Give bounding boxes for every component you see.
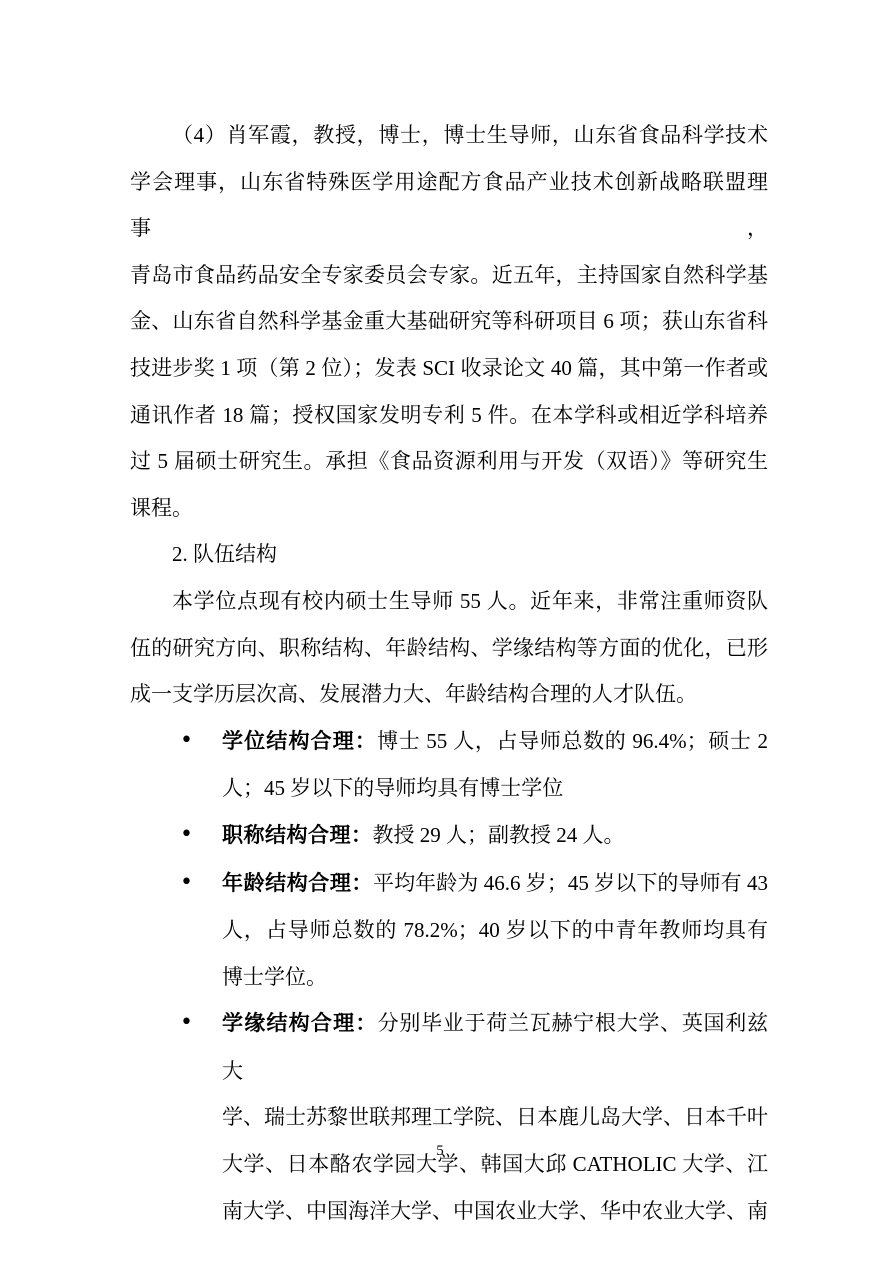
bullet-text: 博士 55 人，占导师总数的 96.4%；硕士 2 <box>377 729 768 753</box>
paragraph-line: 过 5 届硕士研究生。承担《食品资源利用与开发（双语）》等研究生 <box>130 438 768 485</box>
paragraph-line: 学会理事，山东省特殊医学用途配方食品产业技术创新战略联盟理事， <box>130 159 768 252</box>
bullet-line: 人，占导师总数的 78.2%；40 岁以下的中青年教师均具有 <box>222 907 768 954</box>
bullet-marker-icon: • <box>180 812 193 859</box>
bullet-marker-icon: • <box>180 718 193 765</box>
bullet-item: • 学缘结构合理：分别毕业于荷兰瓦赫宁根大学、英国利兹大 学、瑞士苏黎世联邦理工… <box>130 1000 768 1234</box>
bullet-item: • 职称结构合理：教授 29 人；副教授 24 人。 <box>130 812 768 860</box>
bullet-line: 人；45 岁以下的导师均具有博士学位 <box>222 765 768 812</box>
bullet-line: 学、瑞士苏黎世联邦理工学院、日本鹿儿岛大学、日本千叶 <box>222 1094 768 1141</box>
bullet-marker-icon: • <box>180 860 193 907</box>
page-number: 5 <box>0 1141 880 1161</box>
document-page: （4）肖军霞，教授，博士，博士生导师，山东省食品科学技术 学会理事，山东省特殊医… <box>0 0 892 1261</box>
paragraph-line: 技进步奖 1 项（第 2 位）；发表 SCI 收录论文 40 篇，其中第一作者或 <box>130 345 768 392</box>
bullet-line: 年龄结构合理：平均年龄为 46.6 岁；45 岁以下的导师有 43 <box>222 860 768 908</box>
paragraph-line: 通讯作者 18 篇；授权国家发明专利 5 件。在本学科或相近学科培养 <box>130 392 768 439</box>
bullet-label: 职称结构合理： <box>222 824 373 847</box>
paragraph-line: 本学位点现有校内硕士生导师 55 人。近年来，非常注重师资队 <box>130 578 768 625</box>
bullet-marker-icon: • <box>180 1000 193 1047</box>
bullet-line: 学缘结构合理：分别毕业于荷兰瓦赫宁根大学、英国利兹大 <box>222 1000 768 1094</box>
paragraph-line: 青岛市食品药品安全专家委员会专家。近五年，主持国家自然科学基 <box>130 252 768 299</box>
paragraph-line: 伍的研究方向、职称结构、年龄结构、学缘结构等方面的优化，已形 <box>130 625 768 672</box>
bullet-line: 职称结构合理：教授 29 人；副教授 24 人。 <box>222 812 768 860</box>
paragraph-line: 金、山东省自然科学基金重大基础研究等科研项目 6 项；获山东省科 <box>130 298 768 345</box>
paragraph-line: （4）肖军霞，教授，博士，博士生导师，山东省食品科学技术 <box>130 112 768 159</box>
bullet-label: 学缘结构合理： <box>222 1012 378 1035</box>
bullet-line: 学位结构合理：博士 55 人，占导师总数的 96.4%；硕士 2 <box>222 718 768 766</box>
document-body: （4）肖军霞，教授，博士，博士生导师，山东省食品科学技术 学会理事，山东省特殊医… <box>130 112 768 1234</box>
section-heading: 2. 队伍结构 <box>130 531 768 578</box>
bullet-label: 年龄结构合理： <box>222 872 373 895</box>
bullet-item: • 学位结构合理：博士 55 人，占导师总数的 96.4%；硕士 2 人；45 … <box>130 718 768 812</box>
bullet-text: 教授 29 人；副教授 24 人。 <box>373 823 625 847</box>
paragraph-line: 成一支学历层次高、发展潜力大、年龄结构合理的人才队伍。 <box>130 671 768 718</box>
bullet-line: 南大学、中国海洋大学、中国农业大学、华中农业大学、南 <box>222 1188 768 1235</box>
bullet-item: • 年龄结构合理：平均年龄为 46.6 岁；45 岁以下的导师有 43 人，占导… <box>130 860 768 1001</box>
paragraph-line: 课程。 <box>130 485 768 532</box>
bullet-text: 平均年龄为 46.6 岁；45 岁以下的导师有 43 <box>373 871 768 895</box>
bullet-label: 学位结构合理： <box>222 730 377 753</box>
bullet-line: 博士学位。 <box>222 954 768 1001</box>
